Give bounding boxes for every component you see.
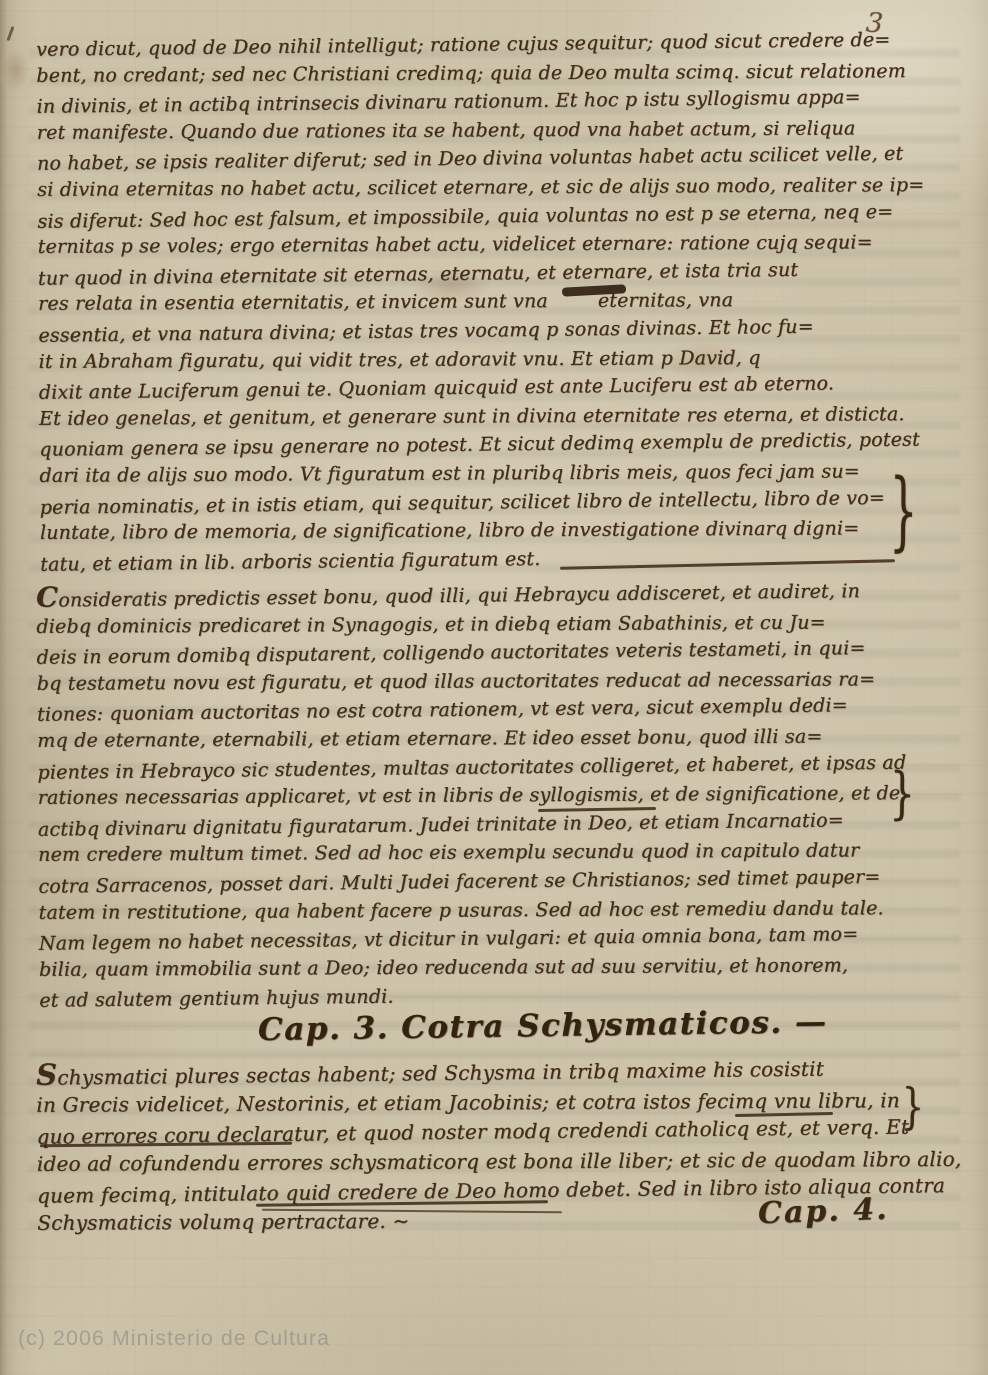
paragraph-1: vero dicut, quod de Deo nihil intelligut… — [36, 27, 970, 578]
chapter-heading: Cap. 3. Cotra Schysmaticos. — — [258, 1004, 828, 1048]
right-margin-brace-icon: } — [889, 762, 915, 827]
right-margin-brace-icon: } — [901, 1079, 925, 1135]
paragraph-2: Consideratis predictis esset bonu, quod … — [36, 578, 969, 1014]
pen-mark — [7, 26, 14, 41]
ink-stain — [2, 48, 30, 92]
manuscript-page: 3 vero dicut, quod de Deo nihil intellig… — [0, 0, 988, 1375]
next-chapter-label: Cap. 4. — [757, 1192, 889, 1232]
right-margin-brace-icon: } — [889, 462, 918, 562]
copyright-watermark: (c) 2006 Ministerio de Cultura — [18, 1326, 330, 1351]
